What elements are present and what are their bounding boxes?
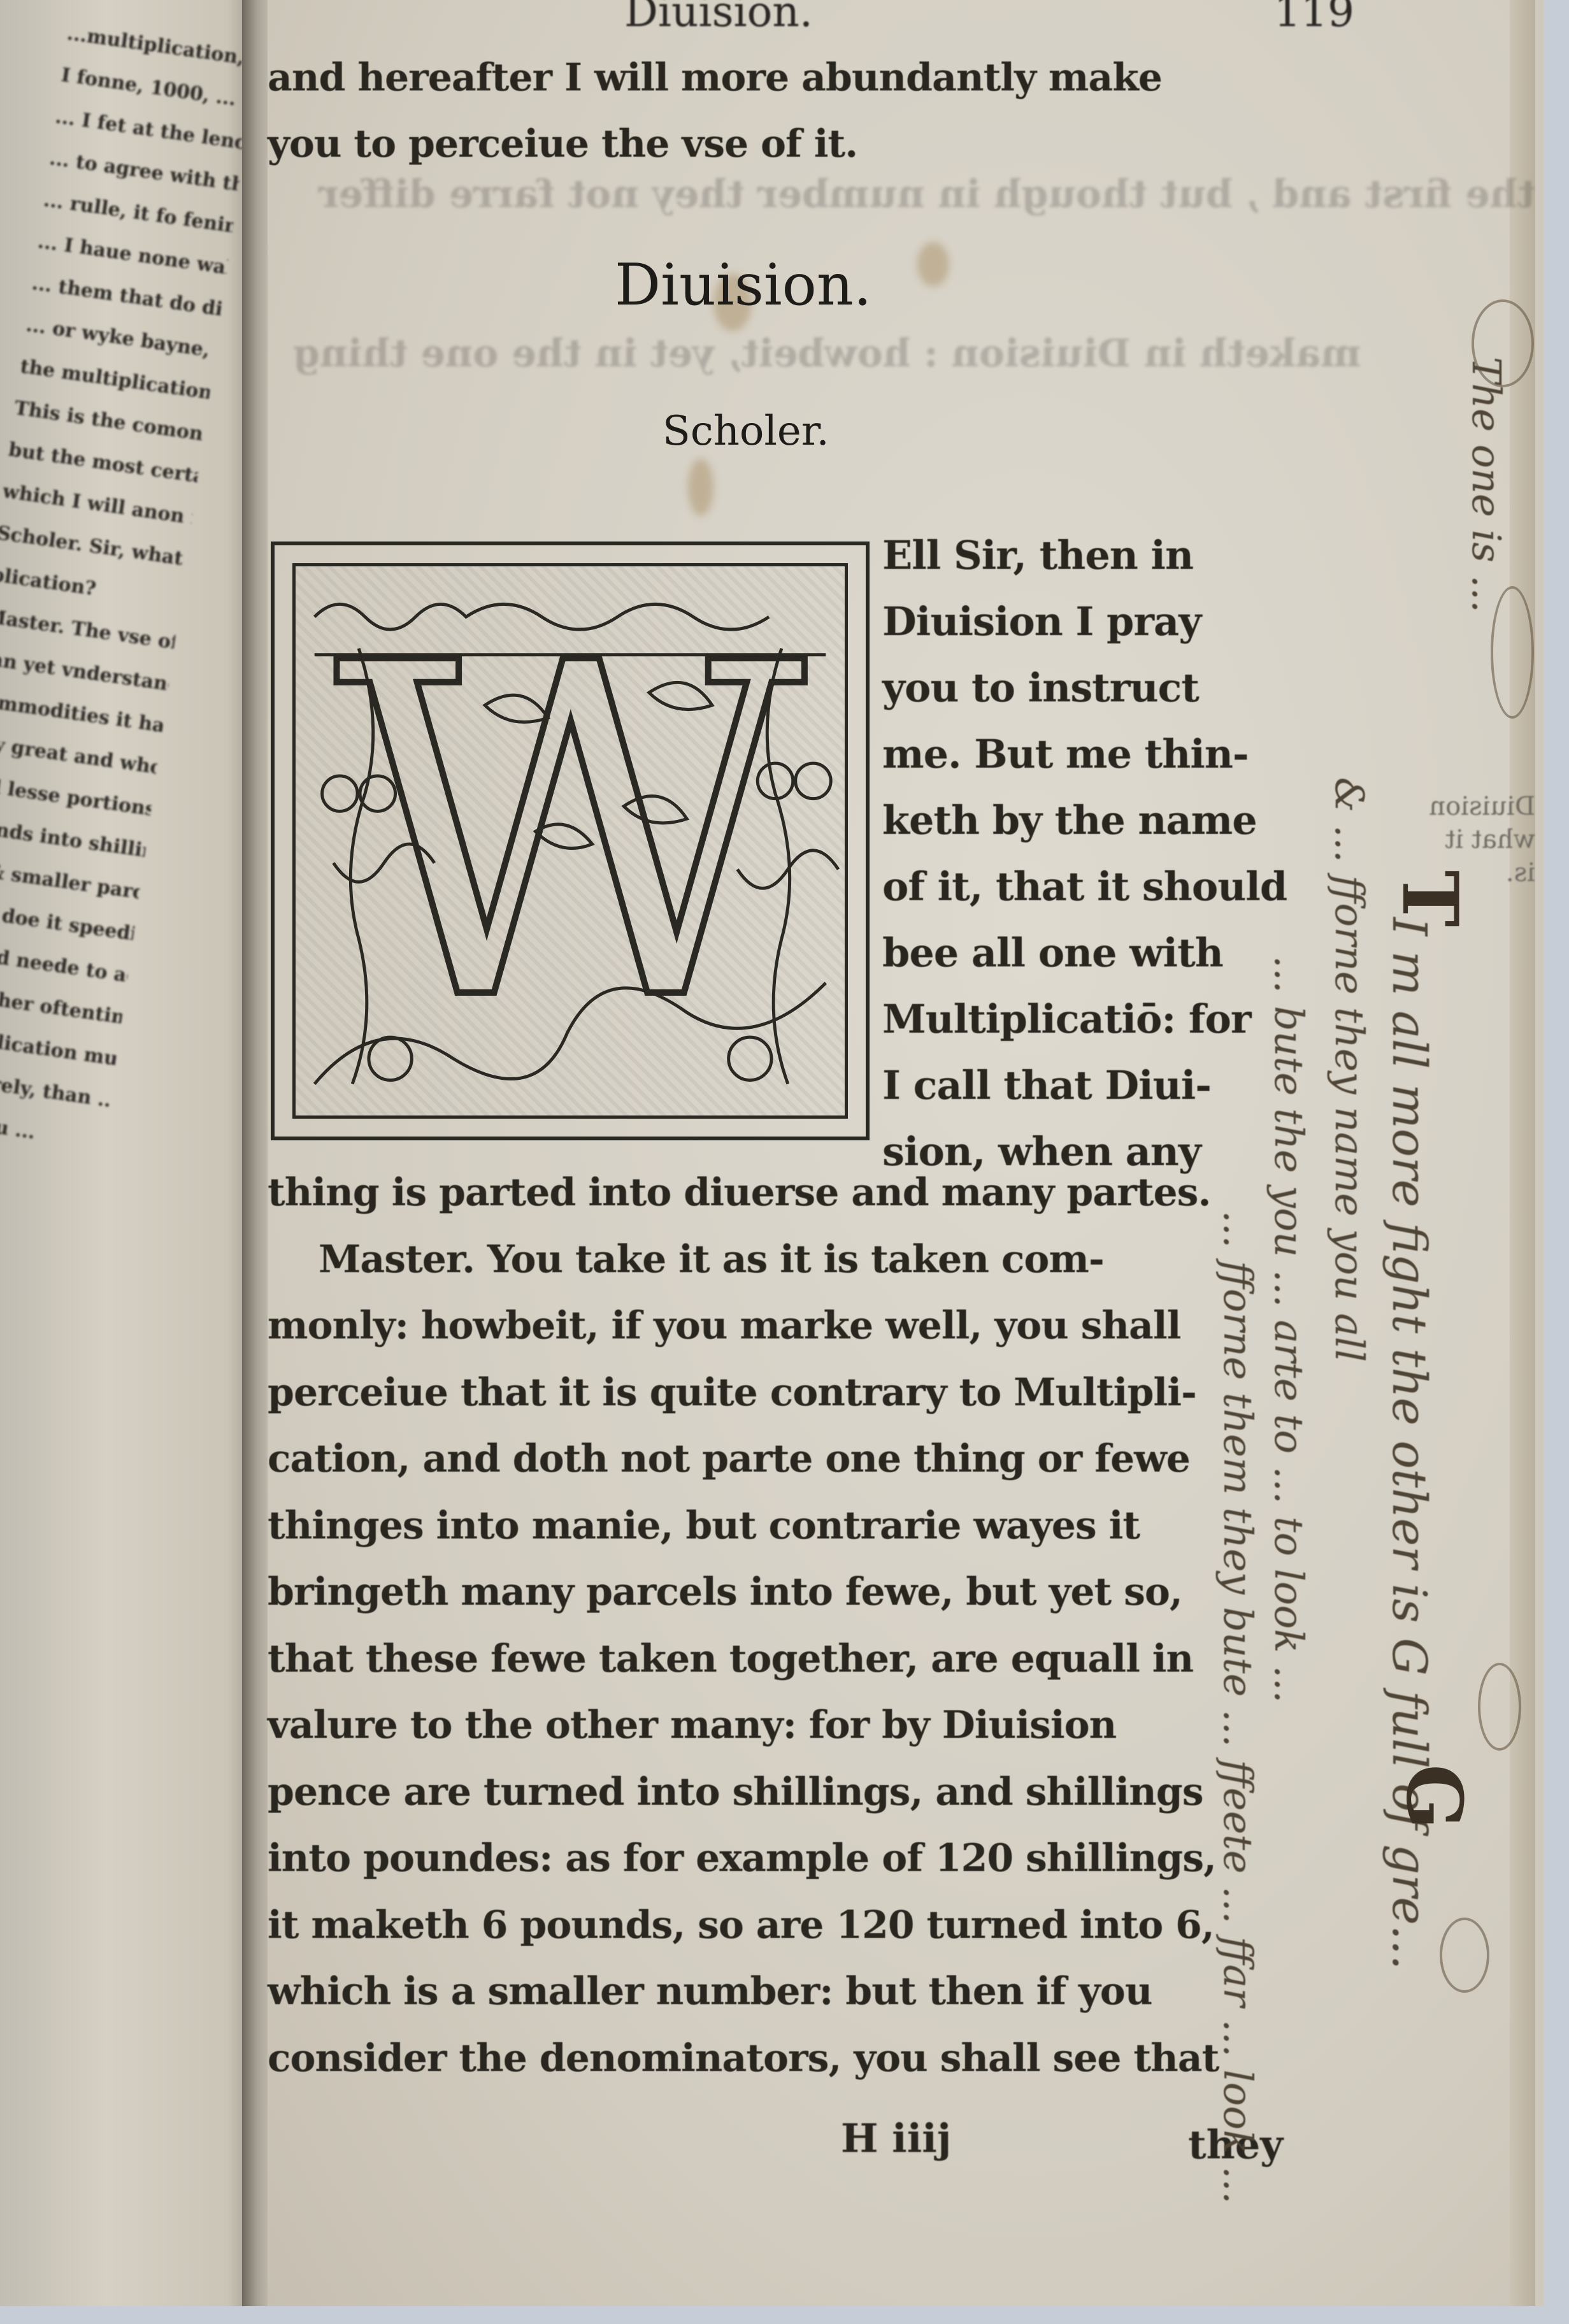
initial-letter: W [296, 605, 845, 1063]
handwritten-initial-t: T [1385, 870, 1475, 927]
text-line: pence are turned into shillings, and shi… [268, 1759, 1300, 1826]
running-head: Diuision. [624, 0, 813, 36]
text-line: bee all one with [882, 920, 1296, 986]
folio-number: 119 [1274, 0, 1354, 36]
handwritten-note: The one is ... [1463, 357, 1510, 613]
signature-mark: H iiij [841, 2115, 951, 2162]
margin-note-line: Diuision [1408, 790, 1535, 823]
pen-flourish [1491, 586, 1534, 719]
foxing-stain [688, 459, 713, 516]
text-line: you to instruct [882, 655, 1296, 721]
pen-flourish [1440, 1918, 1489, 1993]
pen-flourish [1472, 299, 1534, 387]
text-line: bringeth many parcels into fewe, but yet… [268, 1559, 1300, 1626]
intro-paragraph: and hereafter I will more abundantly mak… [268, 45, 1287, 177]
text-line: me. But me thin- [882, 721, 1296, 787]
text-line: consider the denominators, you shall see… [268, 2025, 1300, 2092]
text-line: that these fewe taken together, are equa… [268, 1626, 1300, 1693]
text-line: Master. You take it as it is taken com- [268, 1226, 1300, 1293]
dropcap-adjacent-text: Ell Sir, then in Diuision I pray you to … [882, 522, 1296, 1185]
text-line: into poundes: as for example of 120 shil… [268, 1825, 1300, 1892]
foxing-stain [917, 242, 949, 287]
woodcut-initial-frame: W [292, 563, 848, 1119]
left-facing-page: ...multiplication, ... I fonne, 1000, ..… [0, 0, 268, 2324]
text-line: Diuision I pray [882, 589, 1296, 655]
text-line: thinges into manie, but contrarie wayes … [268, 1493, 1300, 1560]
handwritten-note: ... fforne them they bute ... ffeete ...… [1215, 1210, 1261, 2204]
show-through-text: maketh in Diuision : howbeit, yet in the… [293, 331, 1361, 376]
book-photograph: ...multiplication, ... I fonne, 1000, ..… [0, 0, 1569, 2324]
text-line: cation, and doth not parte one thing or … [268, 1426, 1300, 1493]
body-paragraph: thing is parted into diuerse and many pa… [268, 1159, 1300, 2091]
right-page: ecd of the first and , but though in num… [268, 0, 1535, 2306]
text-line: which is a smaller number: but then if y… [268, 1958, 1300, 2025]
text-line: monly: howbeit, if you marke well, you s… [268, 1293, 1300, 1359]
text-line: and hereafter I will more abundantly mak… [268, 45, 1287, 111]
text-line: Ell Sir, then in [882, 522, 1296, 589]
text-line: perceiue that it is quite contrary to Mu… [268, 1359, 1300, 1426]
handwritten-initial-g: G [1389, 1764, 1479, 1829]
speaker-label: Scholer. [663, 408, 829, 455]
text-line: thing is parted into diuerse and many pa… [268, 1159, 1300, 1226]
section-heading: Diuision. [615, 252, 871, 319]
text-line: Multiplicatiō: for [882, 986, 1296, 1052]
handwritten-note: & ... fforne they name you all [1326, 777, 1373, 1362]
pen-flourish [1478, 1663, 1521, 1751]
background-surface [0, 2306, 1569, 2324]
text-line: it maketh 6 pounds, so are 120 turned in… [268, 1892, 1300, 1959]
woodcut-initial: W [271, 542, 870, 1140]
handwritten-note: ... bute the you ... arte to ... to look… [1266, 956, 1312, 1703]
text-line: valure to the other many: for by Diuisio… [268, 1692, 1300, 1759]
background-surface [1544, 0, 1569, 2324]
show-through-text: ecd of the first and , but though in num… [319, 172, 1569, 217]
text-line: I call that Diui- [882, 1052, 1296, 1119]
text-line: of it, that it should [882, 854, 1296, 920]
left-page-text: ...multiplication, ... I fonne, 1000, ..… [0, 13, 259, 1205]
text-line: keth by the name [882, 787, 1296, 854]
text-line: you to perceiue the vse of it. [268, 111, 1287, 177]
